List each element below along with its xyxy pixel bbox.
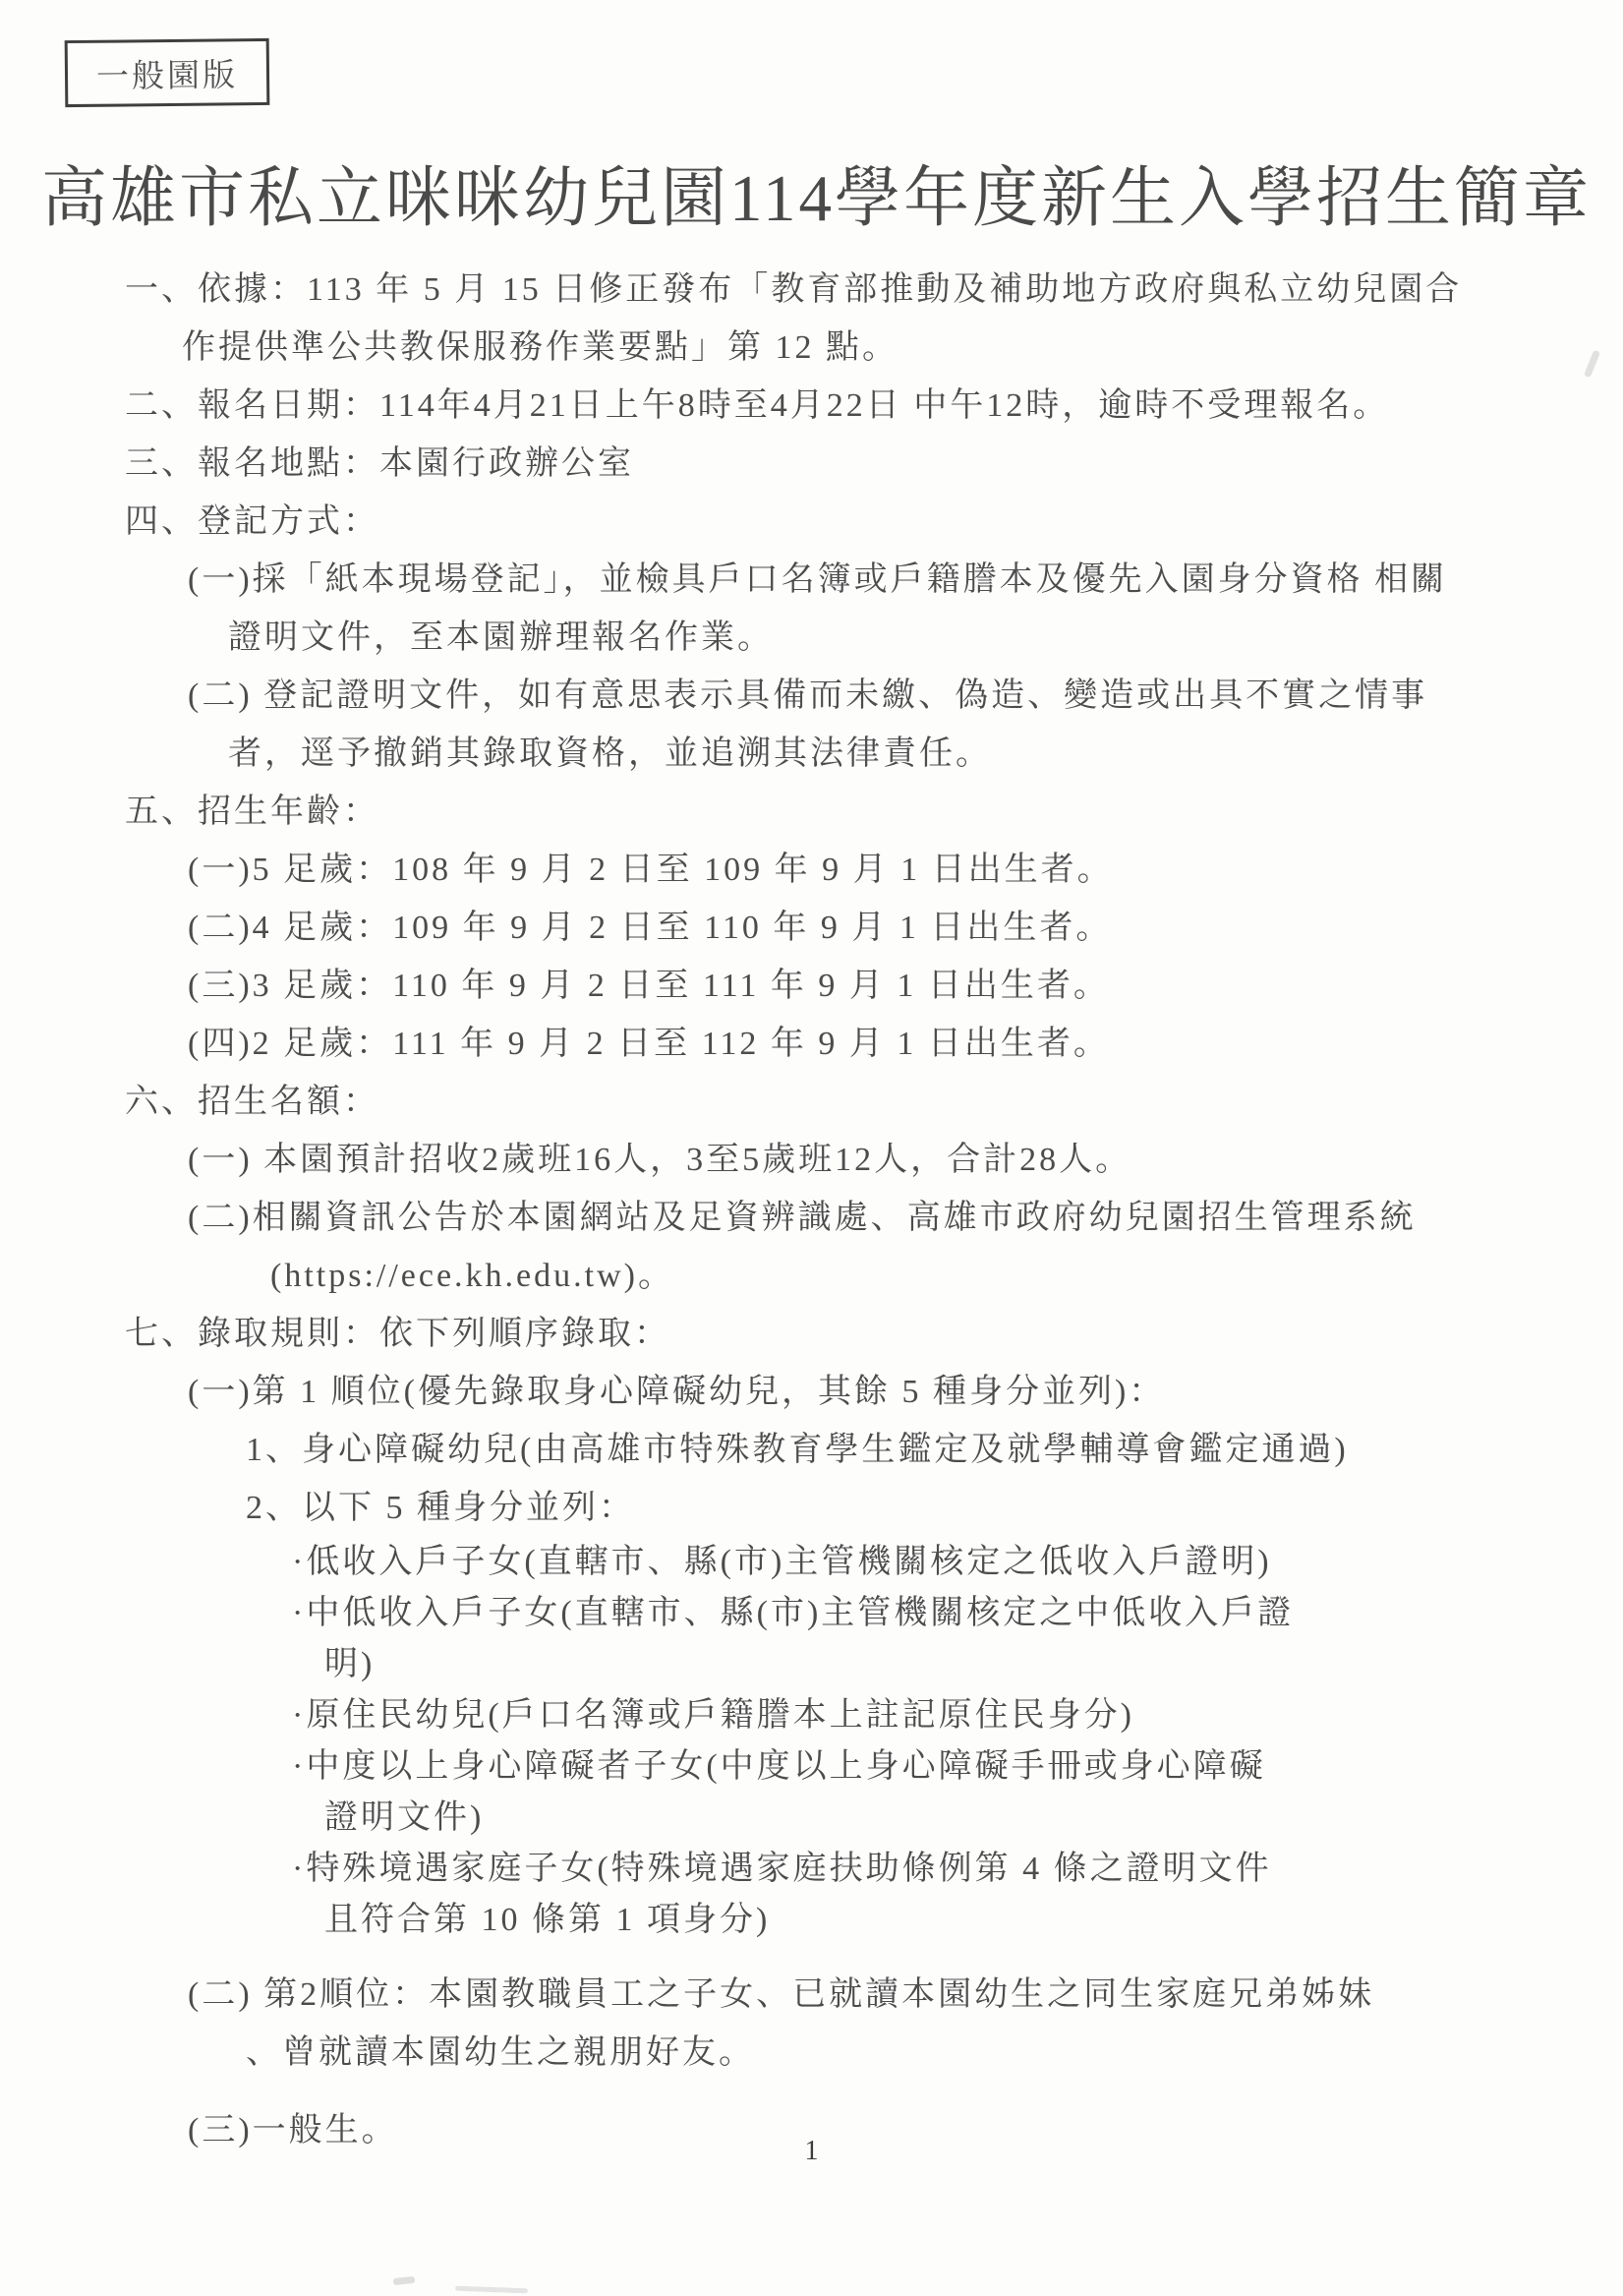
document-line: ·原住民幼兒(戶口名簿或戶籍謄本上註記原住民身分) [125,1690,1590,1741]
document-line: 、曾就讀本園幼生之親朋好友。 [125,2024,1590,2082]
document-line: (四)2 足歲：111 年 9 月 2 日至 112 年 9 月 1 日出生者。 [125,1015,1590,1073]
document-line: (二)相關資訊公告於本園網站及足資辨識處、高雄市政府幼兒園招生管理系統 [125,1189,1590,1247]
document-line: (一)第 1 順位(優先錄取身心障礙幼兒，其餘 5 種身分並列)： [125,1363,1590,1421]
document-line: 六、招生名額： [125,1073,1590,1131]
document-line: (二)4 足歲：109 年 9 月 2 日至 110 年 9 月 1 日出生者。 [125,899,1590,957]
document-line: 五、招生年齡： [125,783,1590,841]
document-line: (二) 登記證明文件，如有意思表示具備而未繳、偽造、變造或出具不實之情事 [125,667,1590,725]
document-line: 明) [125,1639,1590,1690]
document-line: 1、身心障礙幼兒(由高雄市特殊教育學生鑑定及就學輔導會鑑定通過) [125,1421,1590,1479]
document-line: (https://ece.kh.edu.tw)。 [125,1247,1590,1305]
document-line: (一)採「紙本現場登記」，並檢具戶口名簿或戶籍謄本及優先入園身分資格 相關 [125,551,1590,609]
document-line: ·中低收入戶子女(直轄市、縣(市)主管機關核定之中低收入戶證 [125,1588,1590,1639]
document-line: (二) 第2順位：本園教職員工之子女、已就讀本園幼生之同生家庭兄弟姊妹 [125,1966,1590,2024]
scan-artifact [393,2276,416,2285]
document-line: 且符合第 10 條第 1 項身分) [125,1895,1590,1946]
document-line: ·中度以上身心障礙者子女(中度以上身心障礙手冊或身心障礙 [125,1741,1590,1793]
document-line: 四、登記方式： [125,493,1590,551]
document-line: (三)3 足歲：110 年 9 月 2 日至 111 年 9 月 1 日出生者。 [125,957,1590,1015]
document-line: 2、以下 5 種身分並列： [125,1479,1590,1537]
scanned-document-page: 一般園版 高雄市私立咪咪幼兒園114學年度新生入學招生簡章 一、依據：113 年… [0,0,1623,2296]
document-line: 二、報名日期：114年4月21日上午8時至4月22日 中午12時，逾時不受理報名… [125,377,1590,435]
edition-stamp-box: 一般園版 [65,38,270,107]
document-title: 高雄市私立咪咪幼兒園114學年度新生入學招生簡章 [29,146,1603,240]
document-line: ·特殊境遇家庭子女(特殊境遇家庭扶助條例第 4 條之證明文件 [125,1844,1590,1895]
document-line: 七、錄取規則：依下列順序錄取： [125,1305,1590,1363]
page-number: 1 [0,2136,1623,2167]
document-line: 證明文件，至本園辦理報名作業。 [125,609,1590,667]
document-line: 作提供準公共教保服務作業要點」第 12 點。 [125,319,1590,377]
document-line: 證明文件) [125,1793,1590,1844]
document-line: 者，逕予撤銷其錄取資格，並追溯其法律責任。 [125,725,1590,783]
document-body: 一、依據：113 年 5 月 15 日修正發布「教育部推動及補助地方政府與私立幼… [125,261,1590,2159]
document-line: 一、依據：113 年 5 月 15 日修正發布「教育部推動及補助地方政府與私立幼… [125,261,1590,319]
document-line: (一)5 足歲：108 年 9 月 2 日至 109 年 9 月 1 日出生者。 [125,841,1590,899]
document-line: (一) 本園預計招收2歲班16人，3至5歲班12人，合計28人。 [125,1131,1590,1189]
edition-stamp-label: 一般園版 [96,49,238,97]
document-line: 三、報名地點：本園行政辦公室 [125,435,1590,493]
scan-artifact [455,2286,528,2294]
document-line: ·低收入戶子女(直轄市、縣(市)主管機關核定之低收入戶證明) [125,1537,1590,1588]
